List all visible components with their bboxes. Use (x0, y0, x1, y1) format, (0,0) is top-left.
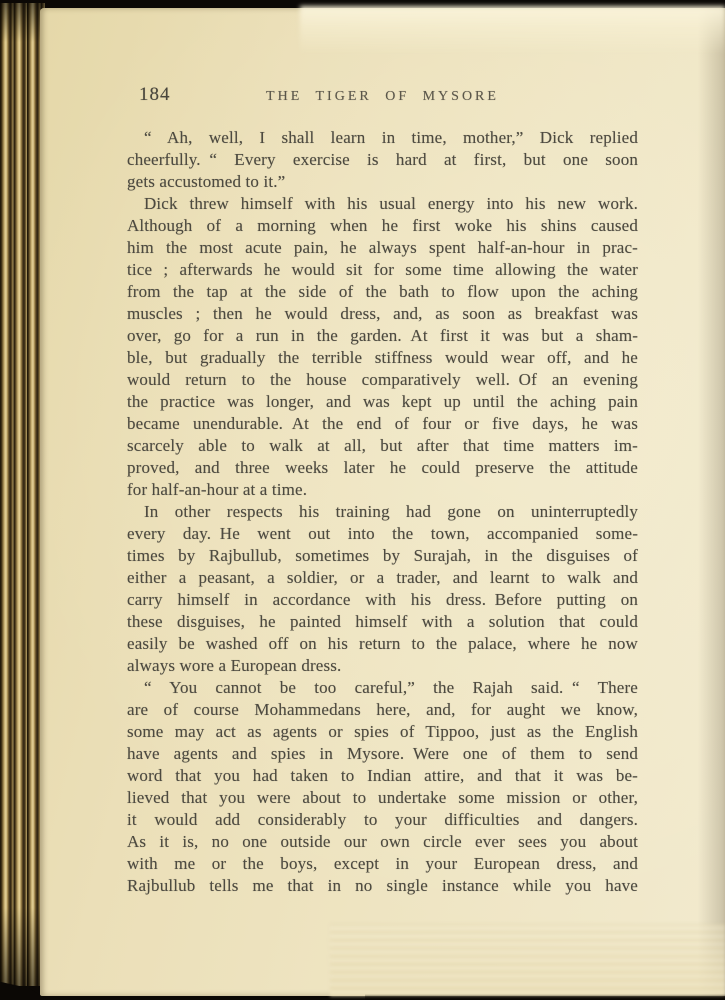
text-line: As it is, no one outside our own circle … (127, 831, 638, 853)
text-line: “ Ah, well, I shall learn in time, mothe… (127, 127, 638, 149)
text-line: became unendurable. At the end of four o… (127, 413, 638, 435)
text-line: would return to the house comparatively … (127, 369, 638, 391)
text-line: him the most acute pain, he always spent… (127, 237, 638, 259)
text-line: In other respects his training had gone … (127, 501, 638, 523)
running-head: THE TIGER OF MYSORE (127, 89, 638, 105)
text-line: for half-an-hour at a time. (127, 479, 638, 501)
book-scan: 184 THE TIGER OF MYSORE “ Ah, well, I sh… (0, 0, 725, 1000)
text-line: have agents and spies in Mysore. Were on… (127, 743, 638, 765)
text-line: some may act as agents or spies of Tippo… (127, 721, 638, 743)
text-line: ble, but gradually the terrible stiffnes… (127, 347, 638, 369)
text-line: cheerfully. “ Every exercise is hard at … (127, 149, 638, 171)
page-top-edge-highlight (300, 6, 725, 54)
text-line: “ You cannot be too careful,” the Rajah … (127, 677, 638, 699)
text-line: word that you had taken to Indian attire… (127, 765, 638, 787)
text-line: the practice was longer, and was kept up… (127, 391, 638, 413)
body-text: “ Ah, well, I shall learn in time, mothe… (127, 127, 638, 897)
text-line: either a peasant, a soldier, or a trader… (127, 567, 638, 589)
text-line: with me or the boys, except in your Euro… (127, 853, 638, 875)
text-line: from the tap at the side of the bath to … (127, 281, 638, 303)
text-line: over, go for a run in the garden. At fir… (127, 325, 638, 347)
text-line: every day. He went out into the town, ac… (127, 523, 638, 545)
text-line: carry himself in accordance with his dre… (127, 589, 638, 611)
text-line: these disguises, he painted himself with… (127, 611, 638, 633)
text-line: gets accustomed to it.” (127, 171, 638, 193)
text-line: lieved that you were about to undertake … (127, 787, 638, 809)
text-line: proved, and three weeks later he could p… (127, 457, 638, 479)
text-line: Rajbullub tells me that in no single ins… (127, 875, 638, 897)
text-line: Dick threw himself with his usual energy… (127, 193, 638, 215)
text-line: easily be washed off on his return to th… (127, 633, 638, 655)
text-line: tice ; afterwards he would sit for some … (127, 259, 638, 281)
text-line: are of course Mohammedans here, and, for… (127, 699, 638, 721)
text-line: scarcely able to walk at all, but after … (127, 435, 638, 457)
text-line: always wore a European dress. (127, 655, 638, 677)
page-bottom-edge-streaks (330, 924, 725, 996)
scan-bottom-shadow (365, 994, 725, 1000)
text-line: Although of a morning when he first woke… (127, 215, 638, 237)
book-page-edges (0, 3, 45, 986)
text-line: it would add considerably to your diffic… (127, 809, 638, 831)
text-line: times by Rajbullub, sometimes by Surajah… (127, 545, 638, 567)
text-line: muscles ; then he would dress, and, as s… (127, 303, 638, 325)
